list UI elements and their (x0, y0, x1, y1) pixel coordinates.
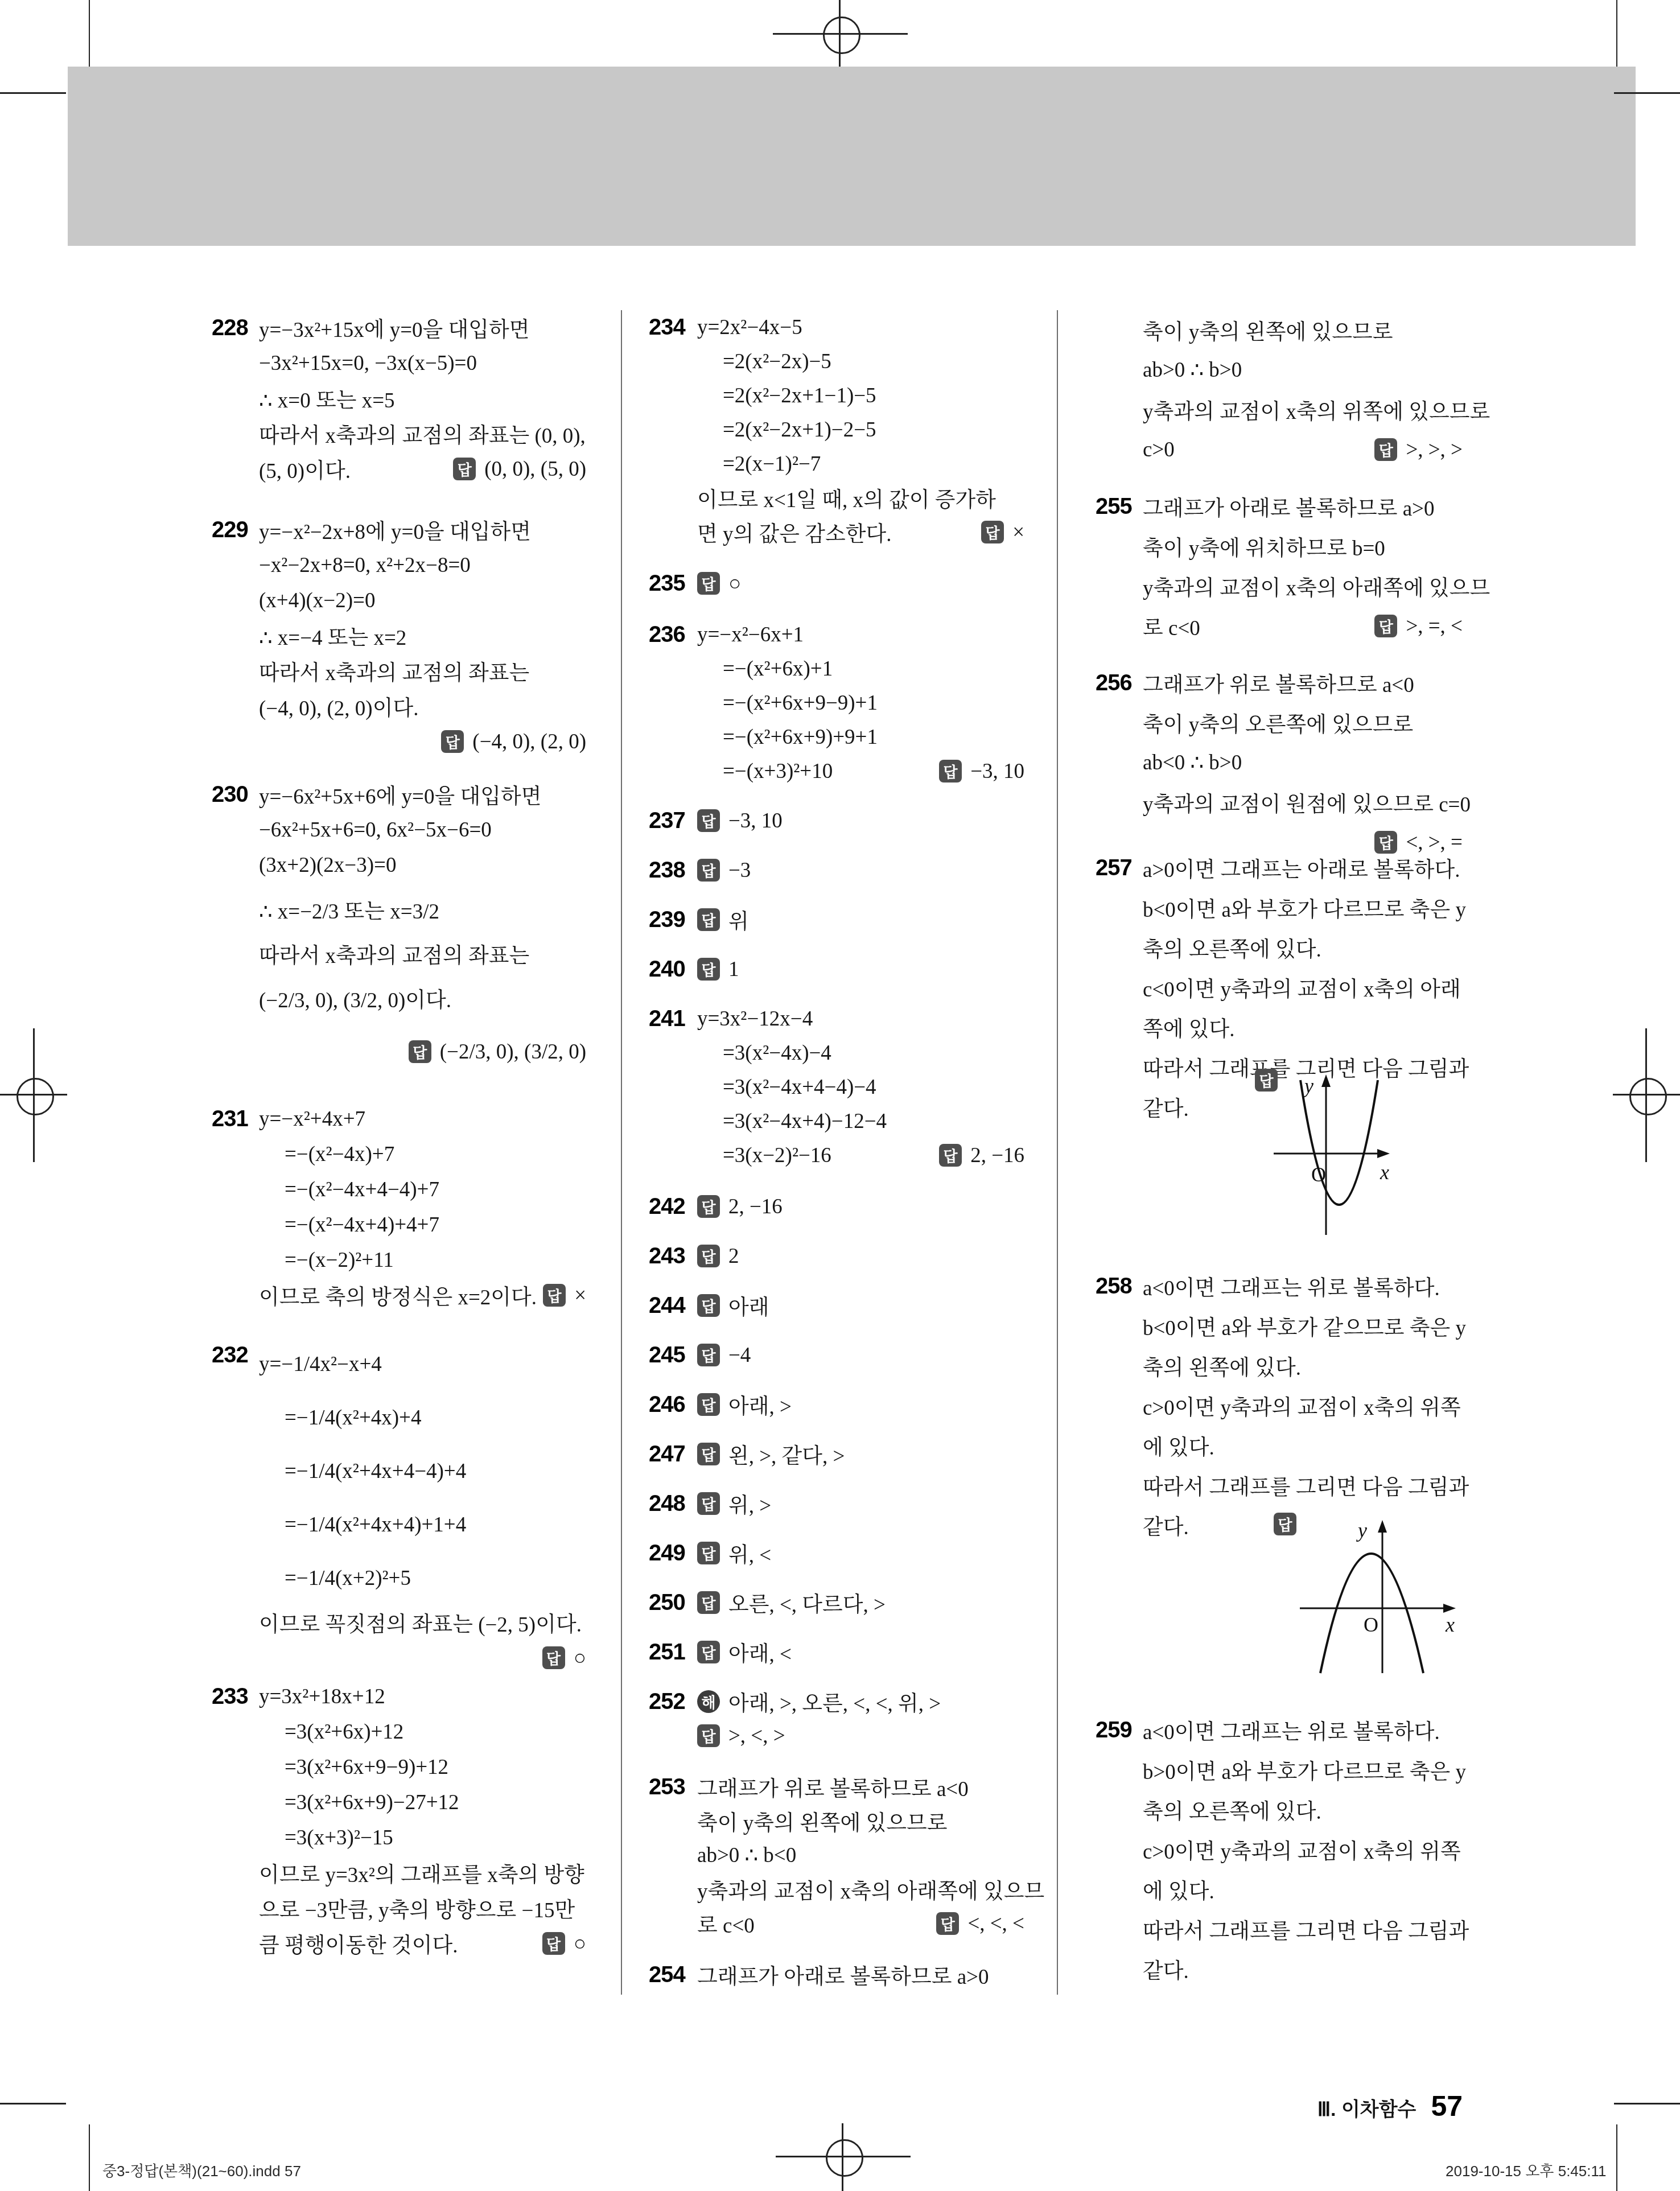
solution-text: 따라서 x축과의 교점의 좌표는 (259, 938, 529, 969)
solution-line: 답2 (697, 1239, 1024, 1273)
solution-text: =3(x−2)²−16 (697, 1143, 831, 1168)
solution-text: y=2x²−4x−5 (697, 315, 802, 340)
answer-text: 2, −16 (970, 1143, 1024, 1168)
solution-text: 그래프가 아래로 볼록하므로 a>0 (1143, 491, 1434, 522)
solution-text: =−(x²−4x)+7 (259, 1142, 394, 1167)
solution-text: 로 c<0 (1143, 611, 1200, 641)
answer-badge: 답 (542, 1932, 565, 1955)
solution-line: −3x²+15x=0, −3x(x−5)=0 (259, 345, 586, 381)
solution-text: =−1/4(x²+4x)+4 (259, 1406, 421, 1430)
solution-text: =−(x²−4x+4−4)+7 (259, 1177, 439, 1202)
solution-text: 축의 오른쪽에 있다. (1143, 932, 1321, 963)
solution-line: 이므로 x<1일 때, x의 값이 증가하 (697, 481, 1024, 515)
solution-line: =−(x²−4x)+7 (259, 1136, 586, 1172)
solution-text: a>0이면 그래프는 아래로 볼록하다. (1143, 852, 1460, 883)
solution-text: =3(x²−4x+4−4)−4 (697, 1075, 876, 1099)
y-axis-label: y (1303, 1074, 1313, 1097)
parabola-graph-258: O x y (1275, 1511, 1468, 1685)
solution-line: 답오른, <, 다르다, > (697, 1585, 1024, 1620)
problem-number: 250 (649, 1585, 685, 1620)
solution-line: =3(x+3)²−15 (259, 1820, 586, 1855)
solution-text: c>0이면 y축과의 교점이 x축의 위쪽 (1143, 1390, 1461, 1421)
solution-line: =2(x²−2x+1−1)−5 (697, 378, 1024, 413)
solution-line: (−2/3, 0), (3/2, 0)이다. (259, 971, 586, 1025)
solution-line: =2(x²−2x+1)−2−5 (697, 413, 1024, 447)
problem-number: 237 (649, 804, 685, 838)
answer-badge: 답 (697, 1591, 720, 1614)
solution-text: a<0이면 그래프는 위로 볼록하다. (1143, 1271, 1440, 1302)
solution-line: =3(x²+6x)+12 (259, 1714, 586, 1749)
problem-number: 259 (1096, 1710, 1132, 1750)
solution-line: 답2, −16 (697, 1189, 1024, 1224)
answer-text: 1 (728, 957, 739, 982)
solution-text: y=−1/4x²−x+4 (259, 1352, 382, 1377)
solution-line: −x²−2x+8=0, x²+2x−8=0 (259, 547, 586, 583)
problem-number: 251 (649, 1635, 685, 1669)
solution-line: 답−3 (697, 853, 1024, 887)
answer-text: 2, −16 (728, 1195, 783, 1219)
problem-number: 254 (649, 1958, 685, 1992)
answer-badge: 답 (697, 1294, 720, 1317)
print-file-note: 중3-정답(본책)(21~60).indd 57 (102, 2160, 301, 2181)
solution-line: 에 있다. (1143, 1426, 1463, 1465)
solution-text: 따라서 그래프를 그리면 다음 그림과 (1143, 1470, 1469, 1501)
solution-text: (x+4)(x−2)=0 (259, 588, 375, 613)
solution-text: (3x+2)(2x−3)=0 (259, 853, 396, 878)
solution-text: =2(x−1)²−7 (697, 452, 821, 476)
answer-text: (−2/3, 0), (3/2, 0) (440, 1040, 586, 1064)
solution-line: c<0이면 y축과의 교점이 x축의 아래 (1143, 967, 1463, 1007)
solution-text: =2(x²−2x+1−1)−5 (697, 384, 876, 408)
origin-label: O (1364, 1613, 1378, 1636)
column-separator-2 (1057, 310, 1058, 1995)
answer-badge: 답 (936, 1912, 959, 1935)
solution-text: (−4, 0), (2, 0)이다. (259, 691, 418, 722)
solution-text: −x²−2x+8=0, x²+2x−8=0 (259, 553, 471, 578)
textbook-answer-page: { "labels": { "answer": "답", "solution":… (0, 0, 1680, 2191)
solution-line: 같다. (1143, 1949, 1463, 1989)
answer-text: 위, > (728, 1488, 771, 1519)
solution-line: =−(x²−4x+4−4)+7 (259, 1172, 586, 1207)
problem-number: 230 (212, 777, 248, 812)
solution-line: y=3x²+18x+12 (259, 1679, 586, 1714)
solution-text: b<0이면 a와 부호가 다르므로 축은 y (1143, 892, 1466, 923)
solution-line: 축이 y축의 왼쪽에 있으므로 (1143, 310, 1463, 350)
solution-line: a>0이면 그래프는 아래로 볼록하다. (1143, 848, 1463, 888)
solution-text: −3x²+15x=0, −3x(x−5)=0 (259, 351, 477, 376)
solution-line: a<0이면 그래프는 위로 볼록하다. (1143, 1266, 1463, 1306)
solution-text: 따라서 그래프를 그리면 다음 그림과 (1143, 1914, 1469, 1945)
solution-line: 축의 왼쪽에 있다. (1143, 1346, 1463, 1386)
solution-text: 축이 y축의 왼쪽에 있으므로 (697, 1806, 947, 1836)
solution-text: y축과의 교점이 x축의 위쪽에 있으므로 (1143, 394, 1490, 425)
answer-text: 왼, >, 같다, > (728, 1439, 845, 1469)
x-axis-label: x (1445, 1613, 1455, 1636)
answer-badge: 답 (453, 458, 476, 480)
solution-text: =−(x−2)²+11 (259, 1248, 394, 1272)
solution-line: 답−4 (697, 1338, 1024, 1372)
solution-text: 로 c<0 (697, 1908, 755, 1939)
solution-line: 따라서 x축과의 교점의 좌표는 (0, 0), (259, 416, 586, 451)
solution-text: =−(x²+6x+9−9)+1 (697, 691, 878, 715)
solution-badge: 해 (697, 1690, 720, 1713)
problem-number: 229 (212, 512, 248, 547)
solution-line: ∴ x=0 또는 x=5 (259, 381, 586, 416)
answer-text: × (574, 1283, 586, 1308)
problem-number: 243 (649, 1239, 685, 1273)
solution-text: y=3x²+18x+12 (259, 1685, 385, 1709)
answer-badge: 답 (939, 760, 962, 782)
answer-text: −3, 10 (728, 809, 783, 833)
solution-text: =−1/4(x+2)²+5 (259, 1566, 411, 1591)
solution-text: ∴ x=−4 또는 x=2 (259, 620, 406, 651)
problem-number: 248 (649, 1486, 685, 1521)
solution-text: 에 있다. (1143, 1430, 1214, 1461)
solution-text: ∴ x=−2/3 또는 x=3/2 (259, 894, 439, 925)
solution-text: y=−x²−6x+1 (697, 623, 804, 647)
solution-text: =−1/4(x²+4x+4−4)+4 (259, 1459, 466, 1484)
problem-number: 253 (649, 1770, 685, 1804)
solution-line: ab<0 ∴ b>0 (1143, 743, 1463, 782)
section-title: Ⅲ. 이차함수 (1317, 2094, 1417, 2122)
solution-line: =−(x−2)²+11 (259, 1242, 586, 1278)
answer-text: 위 (728, 904, 749, 935)
problem-number: 239 (649, 903, 685, 937)
solution-line: =3(x²−4x+4)−12−4 (697, 1104, 1024, 1138)
solution-line: 면 y의 값은 감소한다.답× (697, 515, 1024, 549)
solution-text: −6x²+5x+6=0, 6x²−5x−6=0 (259, 818, 492, 842)
solution-text: =−1/4(x²+4x+4)+1+4 (259, 1513, 466, 1537)
solution-text: 축이 y축의 왼쪽에 있으므로 (1143, 315, 1393, 345)
solution-text: 이므로 꼭짓점의 좌표는 (−2, 5)이다. (259, 1607, 582, 1638)
answer-text: (0, 0), (5, 0) (484, 457, 586, 481)
problem-number: 255 (1096, 487, 1132, 526)
answer-badge: 답 (409, 1040, 431, 1063)
solution-text: ab>0 ∴ b<0 (697, 1843, 796, 1868)
solution-text: =3(x²+6x)+12 (259, 1720, 403, 1744)
solution-line: =3(x²+6x+9)−27+12 (259, 1785, 586, 1820)
solution-text: ab>0 ∴ b>0 (1143, 357, 1242, 382)
answer-text: 위, < (728, 1538, 771, 1568)
chapter-header-band (68, 67, 1636, 246)
solution-text: =−(x²−4x+4)+4+7 (259, 1213, 439, 1237)
answer-badge: 답 (697, 1492, 720, 1515)
solution-line: (x+4)(x−2)=0 (259, 583, 586, 618)
solution-text: =3(x²−4x+4)−12−4 (697, 1109, 887, 1134)
solution-line: 따라서 그래프를 그리면 다음 그림과 (1143, 1909, 1463, 1949)
answer-badge: 답 (697, 572, 720, 595)
solution-text: 따라서 x축과의 교점의 좌표는 (259, 656, 529, 686)
x-axis-label: x (1380, 1161, 1389, 1184)
solution-text: y=−x²+4x+7 (259, 1107, 365, 1131)
answer-badge: 답 (697, 1344, 720, 1366)
solution-text: 축이 y축에 위치하므로 b=0 (1143, 531, 1385, 562)
solution-line: 답−3, 10 (697, 804, 1024, 838)
answer-badge: 답 (697, 1542, 720, 1564)
solution-line: 큼 평행이동한 것이다.답○ (259, 1926, 586, 1961)
solution-line: 따라서 그래프를 그리면 다음 그림과 (1143, 1465, 1463, 1505)
answer-badge: 답 (981, 521, 1004, 543)
problem-number: 231 (212, 1101, 248, 1136)
solution-line: y=−6x²+5x+6에 y=0을 대입하면 (259, 777, 586, 812)
solution-line: 답(−4, 0), (2, 0) (259, 724, 586, 759)
solution-text: 이므로 x<1일 때, x의 값이 증가하 (697, 483, 996, 513)
solution-line: 이므로 y=3x²의 그래프를 x축의 방향 (259, 1855, 586, 1891)
solution-line: 따라서 x축과의 교점의 좌표는 (259, 653, 586, 689)
answer-text: −3, 10 (970, 759, 1024, 784)
answer-badge: 답 (697, 1641, 720, 1663)
answer-text: 아래, < (728, 1637, 792, 1667)
section-footer: Ⅲ. 이차함수 57 (1317, 2090, 1463, 2123)
solution-line: 축의 오른쪽에 있다. (1143, 928, 1463, 967)
solution-line: 답○ (259, 1640, 586, 1675)
answer-badge: 답 (697, 1443, 720, 1465)
solution-text: a<0이면 그래프는 위로 볼록하다. (1143, 1715, 1440, 1745)
solution-text: 따라서 x축과의 교점의 좌표는 (0, 0), (259, 418, 586, 449)
solution-line: 로 c<0답<, <, < (697, 1906, 1024, 1941)
solution-line: ab>0 ∴ b<0 (697, 1838, 1024, 1872)
solution-line: 답○ (697, 566, 1024, 600)
solution-text: y=−6x²+5x+6에 y=0을 대입하면 (259, 779, 541, 810)
solution-line: 으로 −3만큼, y축의 방향으로 −15만 (259, 1891, 586, 1926)
problem-number: 236 (649, 617, 685, 652)
solution-text: =2(x²−2x)−5 (697, 349, 831, 374)
answer-badge: 답 (697, 1724, 720, 1747)
solution-text: 같다. (1143, 1954, 1189, 1984)
solution-line: 답>, <, > (697, 1719, 1024, 1753)
problem-number: 228 (212, 310, 248, 345)
solution-line: =−(x+3)²+10답−3, 10 (697, 754, 1024, 788)
solution-line: 이므로 꼭짓점의 좌표는 (−2, 5)이다. (259, 1605, 586, 1640)
column-separator-1 (621, 310, 622, 1995)
solution-line: 답(−2/3, 0), (3/2, 0) (259, 1025, 586, 1078)
y-axis-label: y (1356, 1519, 1367, 1542)
solution-line: b>0이면 a와 부호가 다르므로 축은 y (1143, 1750, 1463, 1790)
solution-text: 그래프가 위로 볼록하므로 a<0 (697, 1772, 969, 1802)
solution-line: =3(x²−4x+4−4)−4 (697, 1070, 1024, 1104)
solution-text: =3(x+3)²−15 (259, 1826, 393, 1850)
problem-number: 249 (649, 1536, 685, 1570)
answer-badge: 답 (1374, 438, 1397, 461)
problem-number: 246 (649, 1387, 685, 1422)
solution-line: =−(x²−4x+4)+4+7 (259, 1207, 586, 1242)
answer-badge: 답 (697, 1245, 720, 1267)
solution-line: y축과의 교점이 x축의 아래쪽에 있으므 (697, 1872, 1024, 1906)
answer-text: 아래, >, 오른, <, <, 위, > (728, 1686, 941, 1717)
solution-line: (−4, 0), (2, 0)이다. (259, 689, 586, 724)
answer-text: >, =, < (1406, 614, 1463, 639)
solution-line: y=−1/4x²−x+4 (259, 1337, 586, 1391)
solution-line: (3x+2)(2x−3)=0 (259, 847, 586, 883)
solution-line: 그래프가 아래로 볼록하므로 a>0 (697, 1958, 1024, 1992)
problem-number: 242 (649, 1189, 685, 1224)
solution-line: =−1/4(x+2)²+5 (259, 1551, 586, 1605)
problem-number: 234 (649, 310, 685, 344)
solution-text: y=−3x²+15x에 y=0을 대입하면 (259, 312, 530, 343)
problem-number: 238 (649, 853, 685, 887)
solution-line: 쪽에 있다. (1143, 1007, 1463, 1047)
solution-line: 답위, > (697, 1486, 1024, 1521)
solution-text: =3(x²+6x+9)−27+12 (259, 1790, 459, 1815)
solution-line: 해아래, >, 오른, <, <, 위, > (697, 1685, 1024, 1719)
answer-badge: 답 (939, 1144, 962, 1167)
solution-line: =−(x²+6x+9−9)+1 (697, 686, 1024, 720)
solution-line: 답위, < (697, 1536, 1024, 1570)
solution-line: 답1 (697, 952, 1024, 986)
solution-text: 그래프가 아래로 볼록하므로 a>0 (697, 1959, 989, 1990)
answer-badge: 답 (543, 1284, 566, 1307)
solution-line: −6x²+5x+6=0, 6x²−5x−6=0 (259, 812, 586, 847)
solution-line: 그래프가 위로 볼록하므로 a<0 (1143, 663, 1463, 703)
solution-text: 에 있다. (1143, 1874, 1214, 1905)
problem-number: 232 (212, 1337, 248, 1373)
page-number: 57 (1431, 2090, 1463, 2123)
solution-text: (−2/3, 0), (3/2, 0)이다. (259, 983, 451, 1014)
answer-badge: 답 (697, 958, 720, 981)
solution-text: y축과의 교점이 x축의 아래쪽에 있으므 (697, 1874, 1044, 1905)
answer-text: >, >, > (1406, 438, 1463, 462)
solution-line: 답아래 (697, 1288, 1024, 1323)
answer-text: >, <, > (728, 1724, 785, 1748)
problem-number: 256 (1096, 663, 1132, 703)
answer-text: ○ (574, 1646, 586, 1670)
problem-number: 258 (1096, 1266, 1132, 1306)
solution-line: y=−x²+4x+7 (259, 1101, 586, 1136)
solution-text: 큼 평행이동한 것이다. (259, 1928, 458, 1959)
solution-text: ∴ x=0 또는 x=5 (259, 383, 395, 414)
solution-line: y축과의 교점이 원점에 있으므로 c=0 (1143, 782, 1463, 822)
solution-line: c>0이면 y축과의 교점이 x축의 위쪽 (1143, 1830, 1463, 1869)
answer-badge: 답 (542, 1646, 565, 1669)
answer-badge: 답 (697, 1393, 720, 1416)
answer-text: 2 (728, 1244, 739, 1269)
solution-line: 축의 오른쪽에 있다. (1143, 1790, 1463, 1830)
solution-line: 그래프가 아래로 볼록하므로 a>0 (1143, 487, 1463, 526)
problem-number: 240 (649, 952, 685, 986)
parabola-graph-257: O x y (1241, 1070, 1406, 1243)
solution-line: =2(x²−2x)−5 (697, 344, 1024, 378)
solution-text: c<0이면 y축과의 교점이 x축의 아래 (1143, 972, 1461, 1003)
solution-line: =−1/4(x²+4x+4)+1+4 (259, 1498, 586, 1551)
solution-text: =−(x²+6x+9)+9+1 (697, 725, 878, 749)
answer-text: ○ (728, 571, 741, 596)
solution-text: 축의 왼쪽에 있다. (1143, 1350, 1301, 1381)
answer-text: −3 (728, 858, 751, 883)
solution-text: y축과의 교점이 원점에 있으므로 c=0 (1143, 787, 1471, 818)
print-timestamp: 2019-10-15 오후 5:45:11 (1446, 2160, 1607, 2181)
answer-text: <, <, < (967, 1912, 1024, 1936)
solution-line: 축이 y축의 오른쪽에 있으므로 (1143, 703, 1463, 743)
solution-line: =−1/4(x²+4x+4−4)+4 (259, 1444, 586, 1498)
problem-number: 247 (649, 1437, 685, 1471)
origin-label: O (1311, 1163, 1326, 1186)
solution-text: 축의 오른쪽에 있다. (1143, 1794, 1321, 1825)
answer-text: −4 (728, 1343, 751, 1368)
solution-line: y=3x²−12x−4 (697, 1002, 1024, 1036)
answer-badge: 답 (697, 908, 720, 931)
solution-text: c>0 (1143, 438, 1175, 462)
answer-badge: 답 (697, 859, 720, 882)
solution-text: y축과의 교점이 x축의 아래쪽에 있으므 (1143, 571, 1490, 602)
solution-line: y축과의 교점이 x축의 위쪽에 있으므로 (1143, 390, 1463, 430)
solution-line: y=−3x²+15x에 y=0을 대입하면 (259, 310, 586, 345)
solution-text: 같다. (1143, 1092, 1189, 1122)
solution-line: ∴ x=−2/3 또는 x=3/2 (259, 883, 586, 936)
solution-text: y=−x²−2x+8에 y=0을 대입하면 (259, 514, 531, 545)
solution-text: =−(x²+6x)+1 (697, 657, 833, 681)
solution-line: =3(x²+6x+9−9)+12 (259, 1749, 586, 1785)
solution-line: y=2x²−4x−5 (697, 310, 1024, 344)
solution-text: b>0이면 a와 부호가 다르므로 축은 y (1143, 1755, 1466, 1785)
problem-number: 257 (1096, 848, 1132, 888)
solution-line: 그래프가 위로 볼록하므로 a<0 (697, 1770, 1024, 1804)
solution-line: =3(x²−4x)−4 (697, 1036, 1024, 1070)
answer-text: 오른, <, 다르다, > (728, 1587, 886, 1618)
solution-text: b<0이면 a와 부호가 같으므로 축은 y (1143, 1311, 1466, 1341)
problem-number: 245 (649, 1338, 685, 1372)
solution-text: =−(x+3)²+10 (697, 759, 833, 784)
solution-text: =2(x²−2x+1)−2−5 (697, 418, 876, 442)
solution-text: 그래프가 위로 볼록하므로 a<0 (1143, 668, 1414, 698)
answer-badge: 답 (697, 1195, 720, 1218)
solution-line: =−(x²+6x+9)+9+1 (697, 720, 1024, 754)
problem-number: 235 (649, 566, 685, 600)
solution-line: a<0이면 그래프는 위로 볼록하다. (1143, 1710, 1463, 1750)
solution-line: 답왼, >, 같다, > (697, 1437, 1024, 1471)
solution-line: 축이 y축의 왼쪽에 있으므로 (697, 1804, 1024, 1838)
solution-text: 으로 −3만큼, y축의 방향으로 −15만 (259, 1893, 575, 1924)
solution-text: 쪽에 있다. (1143, 1012, 1234, 1043)
answer-text: 아래, > (728, 1389, 792, 1420)
answer-badge: 답 (1374, 615, 1397, 637)
solution-line: ab>0 ∴ b>0 (1143, 350, 1463, 390)
problem-number: 252 (649, 1685, 685, 1719)
solution-text: 면 y의 값은 감소한다. (697, 517, 891, 547)
solution-line: =3(x−2)²−16답2, −16 (697, 1138, 1024, 1172)
answer-badge: 답 (697, 809, 720, 832)
answer-text: 아래 (728, 1290, 769, 1321)
problem-number: 233 (212, 1679, 248, 1714)
solution-line: ∴ x=−4 또는 x=2 (259, 618, 586, 653)
solution-line: 에 있다. (1143, 1869, 1463, 1909)
solution-text: c>0이면 y축과의 교점이 x축의 위쪽 (1143, 1834, 1461, 1865)
solution-line: c>0답>, >, > (1143, 430, 1463, 469)
solution-line: y축과의 교점이 x축의 아래쪽에 있으므 (1143, 566, 1463, 606)
solution-line: 답아래, > (697, 1387, 1024, 1422)
answer-badge: 답 (441, 730, 464, 753)
solution-line: =2(x−1)²−7 (697, 447, 1024, 481)
solution-text: ab<0 ∴ b>0 (1143, 750, 1242, 775)
solution-line: 축이 y축에 위치하므로 b=0 (1143, 526, 1463, 566)
solution-line: b<0이면 a와 부호가 다르므로 축은 y (1143, 888, 1463, 928)
solution-line: c>0이면 y축과의 교점이 x축의 위쪽 (1143, 1386, 1463, 1426)
answer-text: × (1012, 520, 1024, 545)
solution-line: =−(x²+6x)+1 (697, 652, 1024, 686)
solution-line: 따라서 x축과의 교점의 좌표는 (259, 936, 586, 971)
solution-text: =3(x²+6x+9−9)+12 (259, 1755, 448, 1780)
problem-number: 244 (649, 1288, 685, 1323)
solution-text: y=3x²−12x−4 (697, 1007, 813, 1031)
solution-text: 이므로 축의 방정식은 x=2이다. (259, 1280, 537, 1311)
solution-text: 이므로 y=3x²의 그래프를 x축의 방향 (259, 1858, 584, 1888)
solution-text: 축이 y축의 오른쪽에 있으므로 (1143, 707, 1413, 738)
solution-text: =3(x²−4x)−4 (697, 1041, 831, 1065)
solution-line: b<0이면 a와 부호가 같으므로 축은 y (1143, 1306, 1463, 1346)
solution-text: (5, 0)이다. (259, 454, 351, 484)
solution-line: (5, 0)이다.답(0, 0), (5, 0) (259, 451, 586, 487)
solution-line: 답아래, < (697, 1635, 1024, 1669)
problem-number: 241 (649, 1002, 685, 1036)
